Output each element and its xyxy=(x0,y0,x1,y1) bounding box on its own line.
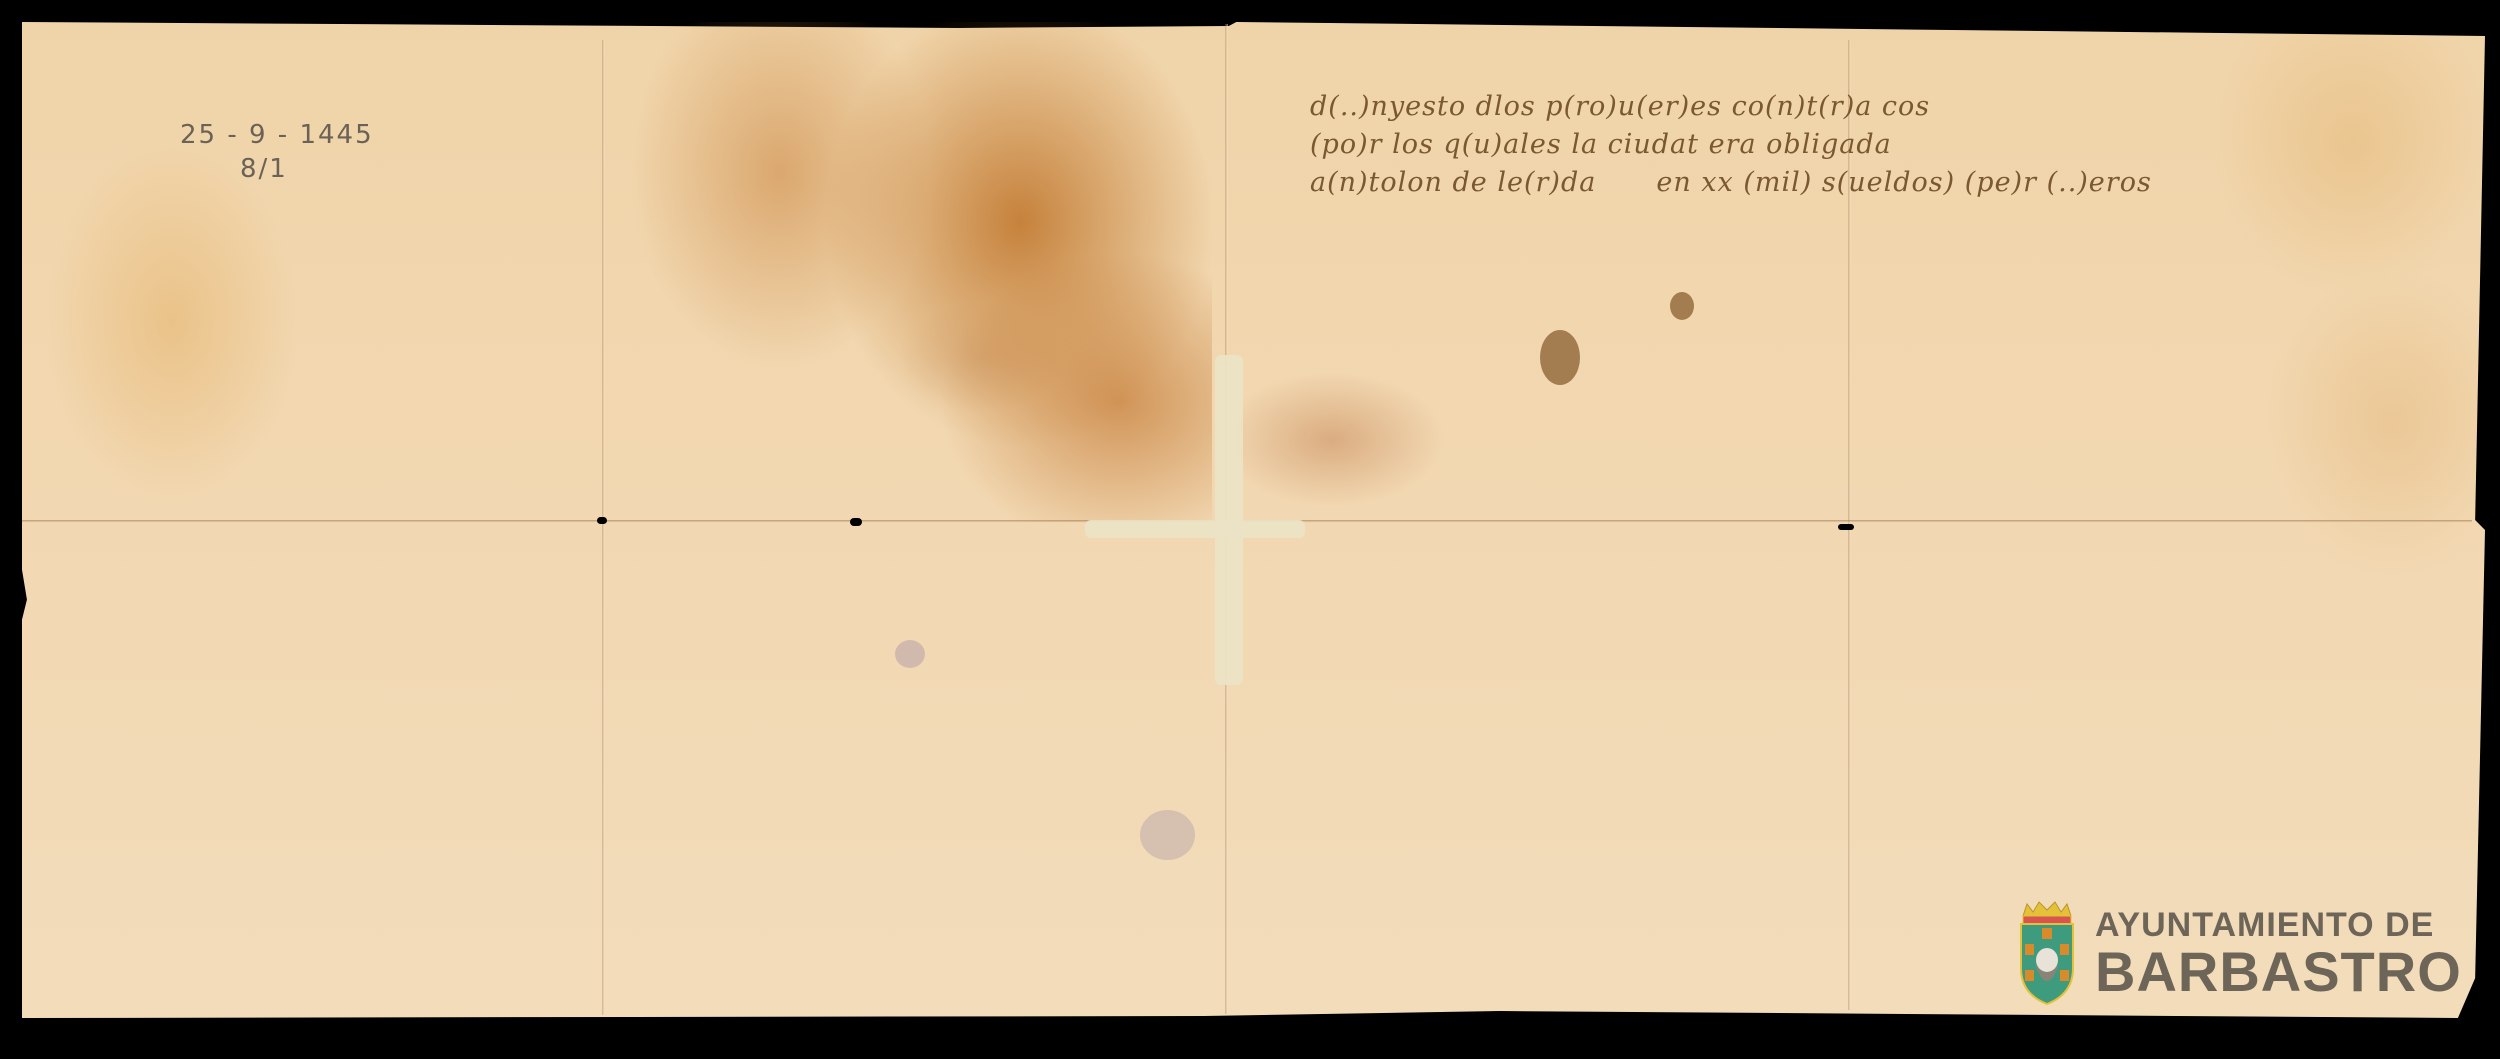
manuscript-line-1: d(..)nyesto dlos p(ro)u(er)es co(n)t(r)a… xyxy=(1310,88,2152,126)
manuscript-line-3: a(n)tolon de le(r)daen xx (mil) s(ueldos… xyxy=(1310,164,2152,202)
pencil-date: 25 - 9 - 1445 xyxy=(180,118,374,152)
cross-mark xyxy=(1085,520,1305,538)
logo-line-2: BARBASTRO xyxy=(2095,942,2462,1002)
manuscript-text: d(..)nyesto dlos p(ro)u(er)es co(n)t(r)a… xyxy=(1310,88,2152,202)
ink-blot xyxy=(1540,330,1580,385)
tear-hole xyxy=(850,518,862,526)
pencil-date-note: 25 - 9 - 1445 8/1 xyxy=(180,118,374,186)
tear-hole xyxy=(1838,524,1854,530)
cross-mark xyxy=(1215,355,1243,685)
manuscript-line-3b: en xx (mil) s(ueldos) (pe)r (..)eros xyxy=(1656,167,2151,198)
coat-of-arms-icon xyxy=(2015,898,2079,1006)
ink-blot xyxy=(1670,292,1694,320)
fold-line-vertical xyxy=(602,40,605,1015)
faint-spot xyxy=(895,640,925,668)
faint-spot xyxy=(1140,810,1195,860)
brown-smudge xyxy=(1212,330,1532,530)
tear-hole xyxy=(597,517,607,524)
ayuntamiento-barbastro-logo: AYUNTAMIENTO DE BARBASTRO xyxy=(2015,898,2485,1008)
pencil-reference: 8/1 xyxy=(180,152,374,186)
manuscript-line-2: (po)r los q(u)ales la ciudat era obligad… xyxy=(1310,126,2152,164)
manuscript-line-3a: a(n)tolon de le(r)da xyxy=(1310,167,1596,198)
